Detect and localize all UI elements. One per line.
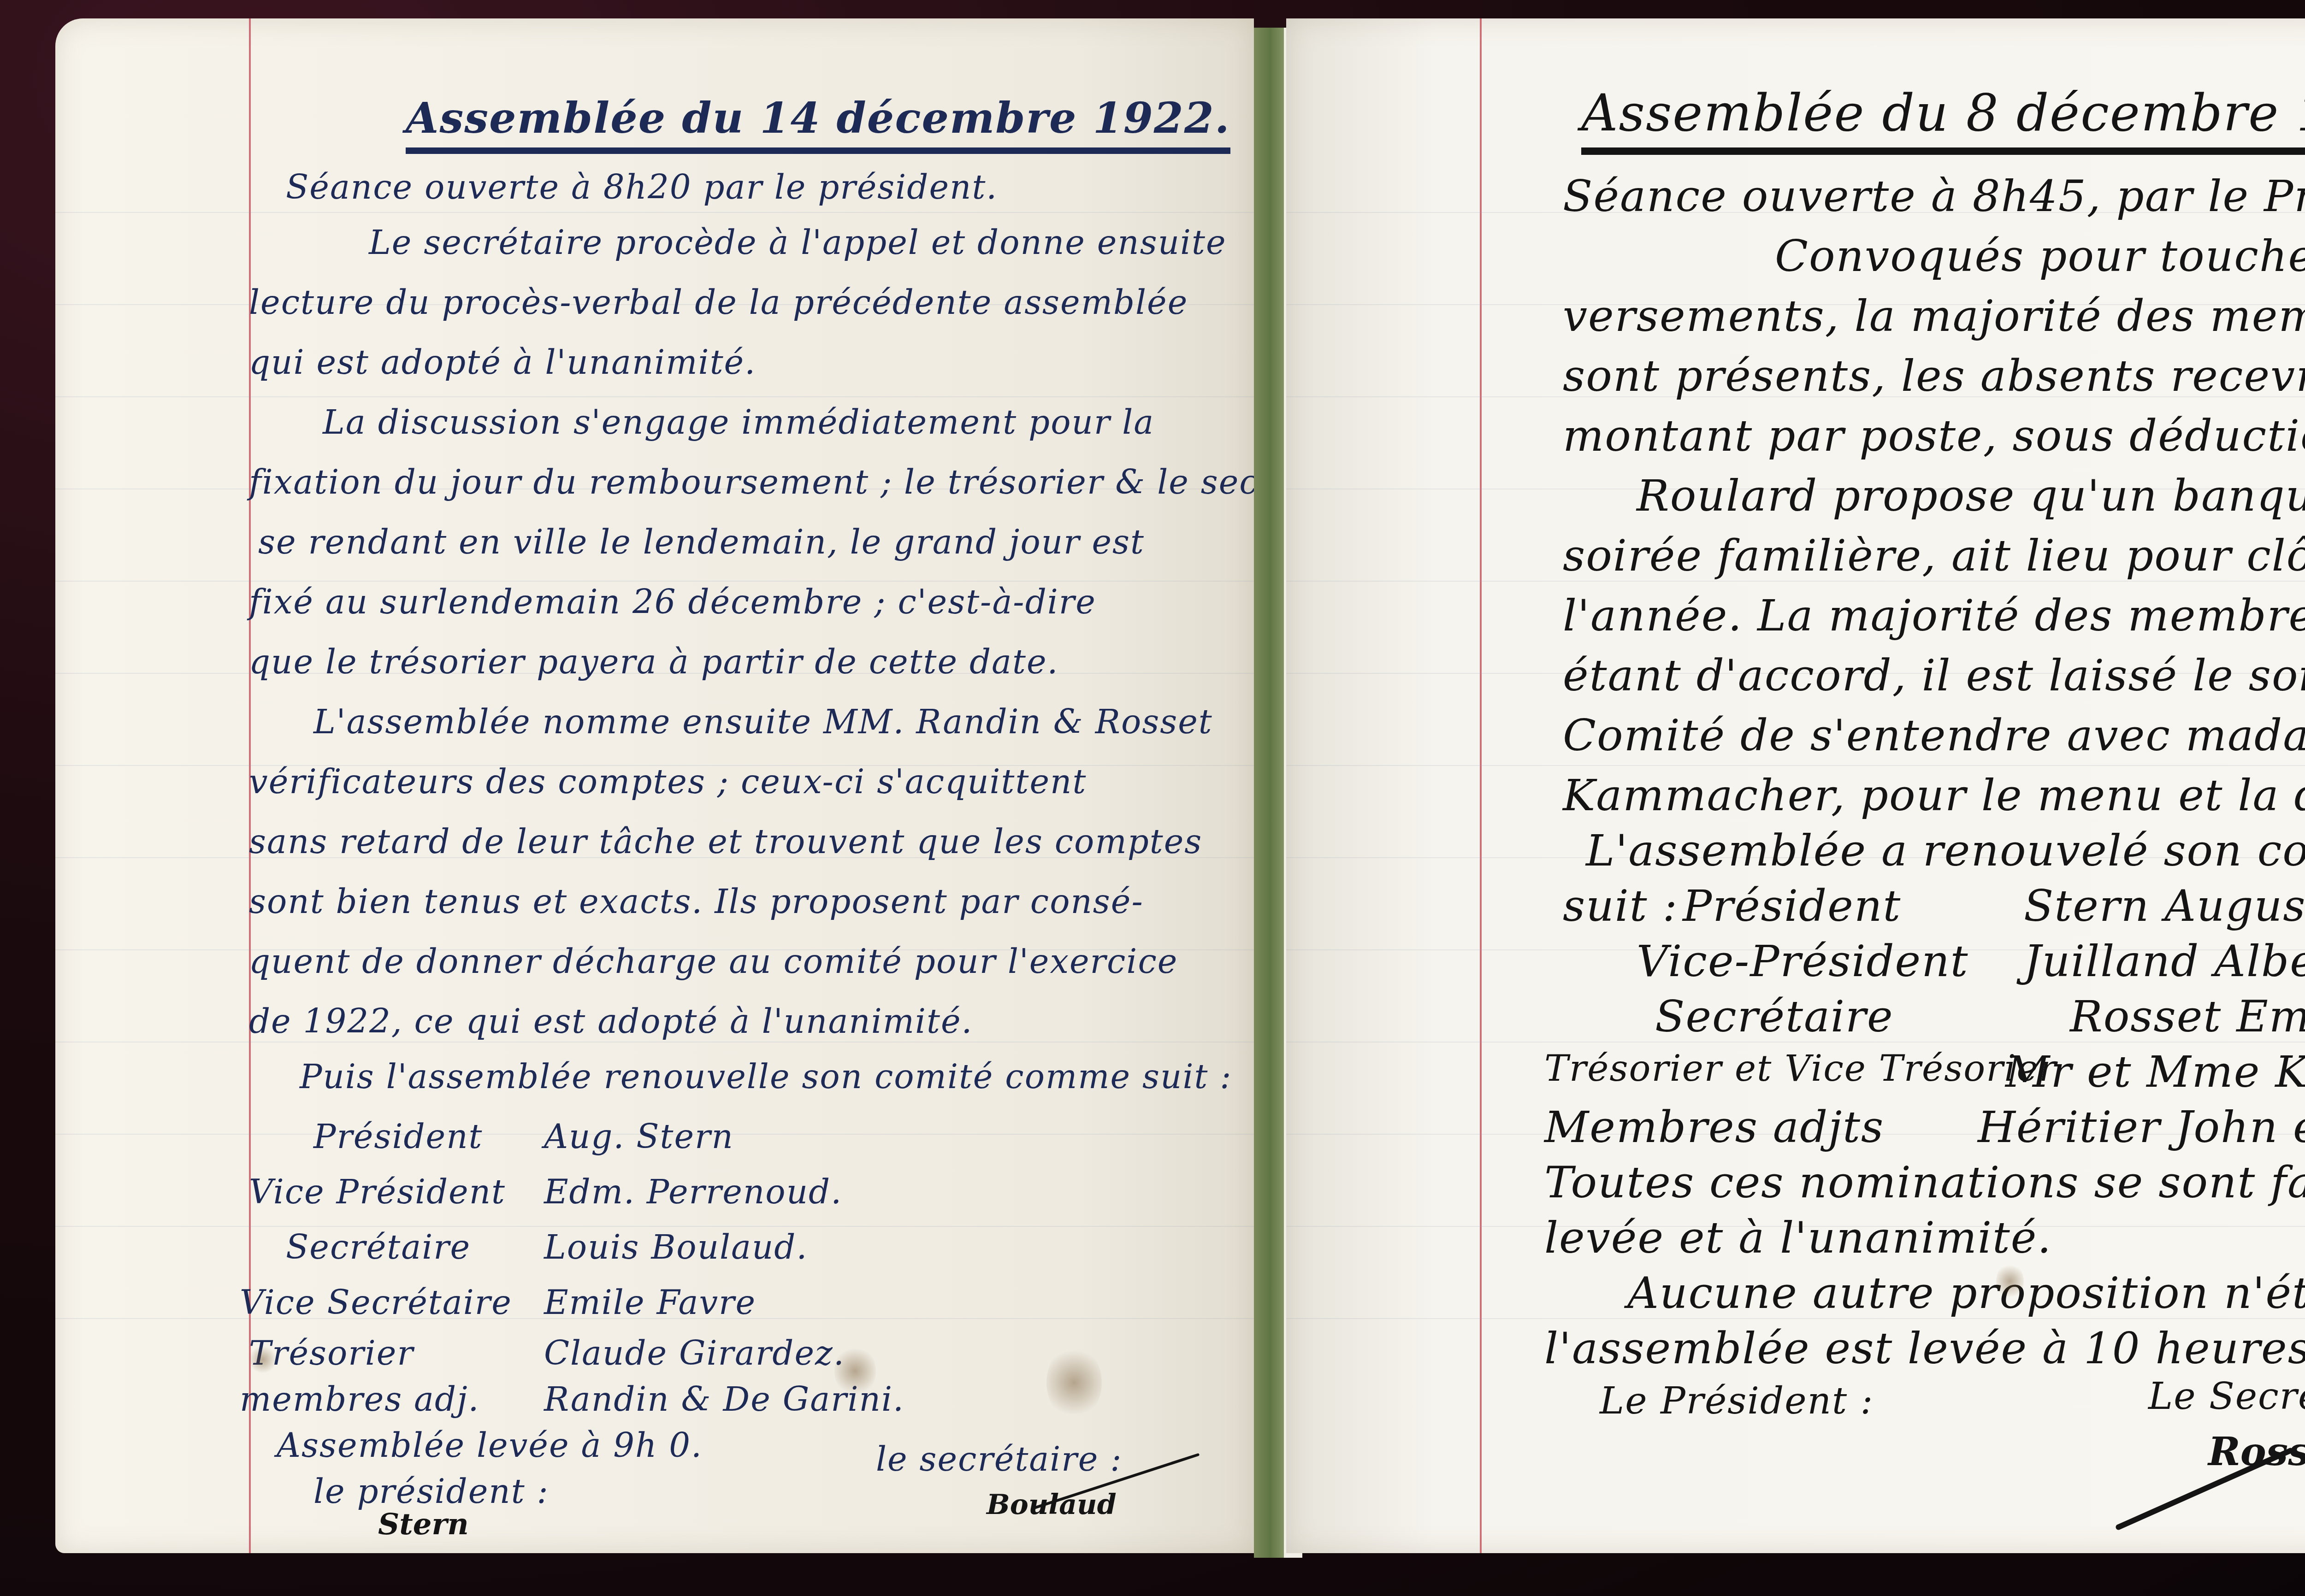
president-signature: Stern xyxy=(378,1507,469,1542)
committee-name: Héritier John et Papin M. xyxy=(1978,1106,2305,1149)
committee-name: Rosset Emile. xyxy=(2070,995,2305,1039)
minute-line: fixé au surlendemain 26 décembre ; c'est… xyxy=(249,585,1096,618)
committee-name: Aug. Stern xyxy=(544,1120,734,1153)
minute-line: sont présents, les absents recevront leu… xyxy=(1563,355,2305,398)
committee-role: Vice-Président xyxy=(1637,940,1969,984)
minute-line: Séance ouverte à 8h20 par le président. xyxy=(286,171,998,204)
left-page: Assemblée du 14 décembre 1922. Séance ou… xyxy=(55,18,1254,1553)
minute-line: Séance ouverte à 8h45, par le Président. xyxy=(1563,175,2305,218)
minute-line: versements, la majorité des membres xyxy=(1563,295,2305,338)
minute-line: L'assemblée nomme ensuite MM. Randin & R… xyxy=(313,705,1213,738)
committee-role: Président xyxy=(1683,885,1901,928)
minute-line: qui est adopté à l'unanimité. xyxy=(249,346,756,379)
minute-line: de 1922, ce qui est adopté à l'unanimité… xyxy=(249,1005,973,1038)
minute-line: sans retard de leur tâche et trouvent qu… xyxy=(249,825,1202,858)
closing-line: levée et à l'unanimité. xyxy=(1544,1217,2052,1260)
page-title: Assemblée du 14 décembre 1922. xyxy=(406,97,1230,154)
president-label: Le Président : xyxy=(1600,1383,1874,1419)
book-spine xyxy=(1254,28,1286,1558)
minute-line: soirée familière, ait lieu pour clôturer xyxy=(1563,535,2305,578)
minute-line: Comité de s'entendre avec madame xyxy=(1563,714,2305,758)
ruled-line xyxy=(55,1042,1254,1042)
signature-flourish xyxy=(2115,1447,2294,1531)
minute-line: que le trésorier payera à partir de cett… xyxy=(249,645,1058,678)
minute-line: Kammacher, pour le menu et la date. xyxy=(1563,774,2305,818)
committee-role: Trésorier et Vice Trésorier xyxy=(1544,1051,2057,1087)
minute-line: lecture du procès-verbal de la précédent… xyxy=(249,286,1188,319)
committee-role: Vice Président xyxy=(249,1175,506,1208)
secretary-label: le secrétaire : xyxy=(876,1443,1123,1476)
closing-line: l'assemblée est levée à 10 heures.— xyxy=(1544,1327,2305,1371)
minute-line: Le secrétaire procède à l'appel et donne… xyxy=(369,226,1227,259)
committee-role: Secrétaire xyxy=(286,1231,471,1264)
committee-name: Emile Favre xyxy=(544,1286,756,1319)
minute-line: Roulard propose qu'un banquet, avec xyxy=(1637,475,2305,518)
minute-line: Convoqués pour toucher les xyxy=(1775,235,2305,278)
ruled-line xyxy=(55,1226,1254,1227)
committee-name: Mr et Mme Kammacher. xyxy=(2005,1051,2305,1094)
minute-line: sont bien tenus et exacts. Ils proposent… xyxy=(249,885,1144,918)
committee-role: membres adj. xyxy=(240,1383,479,1416)
secretary-label: Le Secrétaire : xyxy=(2148,1378,2305,1415)
minute-line: fixation du jour du remboursement ; le t… xyxy=(249,465,1254,499)
secretary-signature: Boulaud xyxy=(987,1489,1117,1521)
committee-name: Louis Boulaud. xyxy=(544,1231,808,1264)
minute-line: montant par poste, sous déduction des fr… xyxy=(1563,415,2305,458)
committee-role: Membres adjts xyxy=(1544,1106,1884,1149)
minute-line: étant d'accord, il est laissé le soin au xyxy=(1563,654,2305,698)
closing-line: Assemblée levée à 9h 0. xyxy=(277,1429,703,1462)
minute-line: l'année. La majorité des membres xyxy=(1563,595,2305,638)
page-title: Assemblée du 8 décembre 1923. xyxy=(1581,88,2305,155)
committee-name: Stern Auguste. xyxy=(2024,885,2305,928)
minute-line: La discussion s'engage immédiatement pou… xyxy=(323,406,1154,439)
committee-role: Vice Secrétaire xyxy=(240,1286,512,1319)
closing-line: Aucune autre proposition n'étant faite xyxy=(1627,1272,2305,1315)
open-minute-book: Assemblée du 14 décembre 1922. Séance ou… xyxy=(55,18,2305,1572)
committee-role: Secrétaire xyxy=(1655,995,1894,1039)
president-label: le président : xyxy=(313,1475,549,1508)
minute-line: quent de donner décharge au comité pour … xyxy=(249,945,1178,978)
ruled-line xyxy=(55,212,1254,213)
ruled-line xyxy=(1286,765,2305,766)
ruled-line xyxy=(55,396,1254,397)
minute-line: se rendant en ville le lendemain, le gra… xyxy=(258,525,1145,559)
margin-line xyxy=(1480,18,1482,1553)
committee-role: Président xyxy=(313,1120,483,1153)
right-page: Assemblée du 8 décembre 1923. Séance ouv… xyxy=(1286,18,2305,1553)
committee-name: Edm. Perrenoud. xyxy=(544,1175,842,1208)
ink-stain xyxy=(1046,1346,1102,1419)
committee-name: Claude Girardez. xyxy=(544,1337,845,1370)
ink-stain xyxy=(834,1346,876,1396)
committee-name: Juilland Albert. xyxy=(2024,940,2305,984)
closing-line: Toutes ces nominations se sont faites à … xyxy=(1544,1161,2305,1205)
ink-stain xyxy=(1996,1263,2024,1300)
ruled-line xyxy=(55,581,1254,582)
minute-line: L'assemblée a renouvelé son comité comme xyxy=(1586,830,2305,873)
minute-line: vérificateurs des comptes ; ceux-ci s'ac… xyxy=(249,765,1087,798)
minute-line: Puis l'assemblée renouvelle son comité c… xyxy=(300,1060,1232,1093)
ink-stain xyxy=(249,1346,277,1373)
minute-line: suit : xyxy=(1563,885,1678,928)
